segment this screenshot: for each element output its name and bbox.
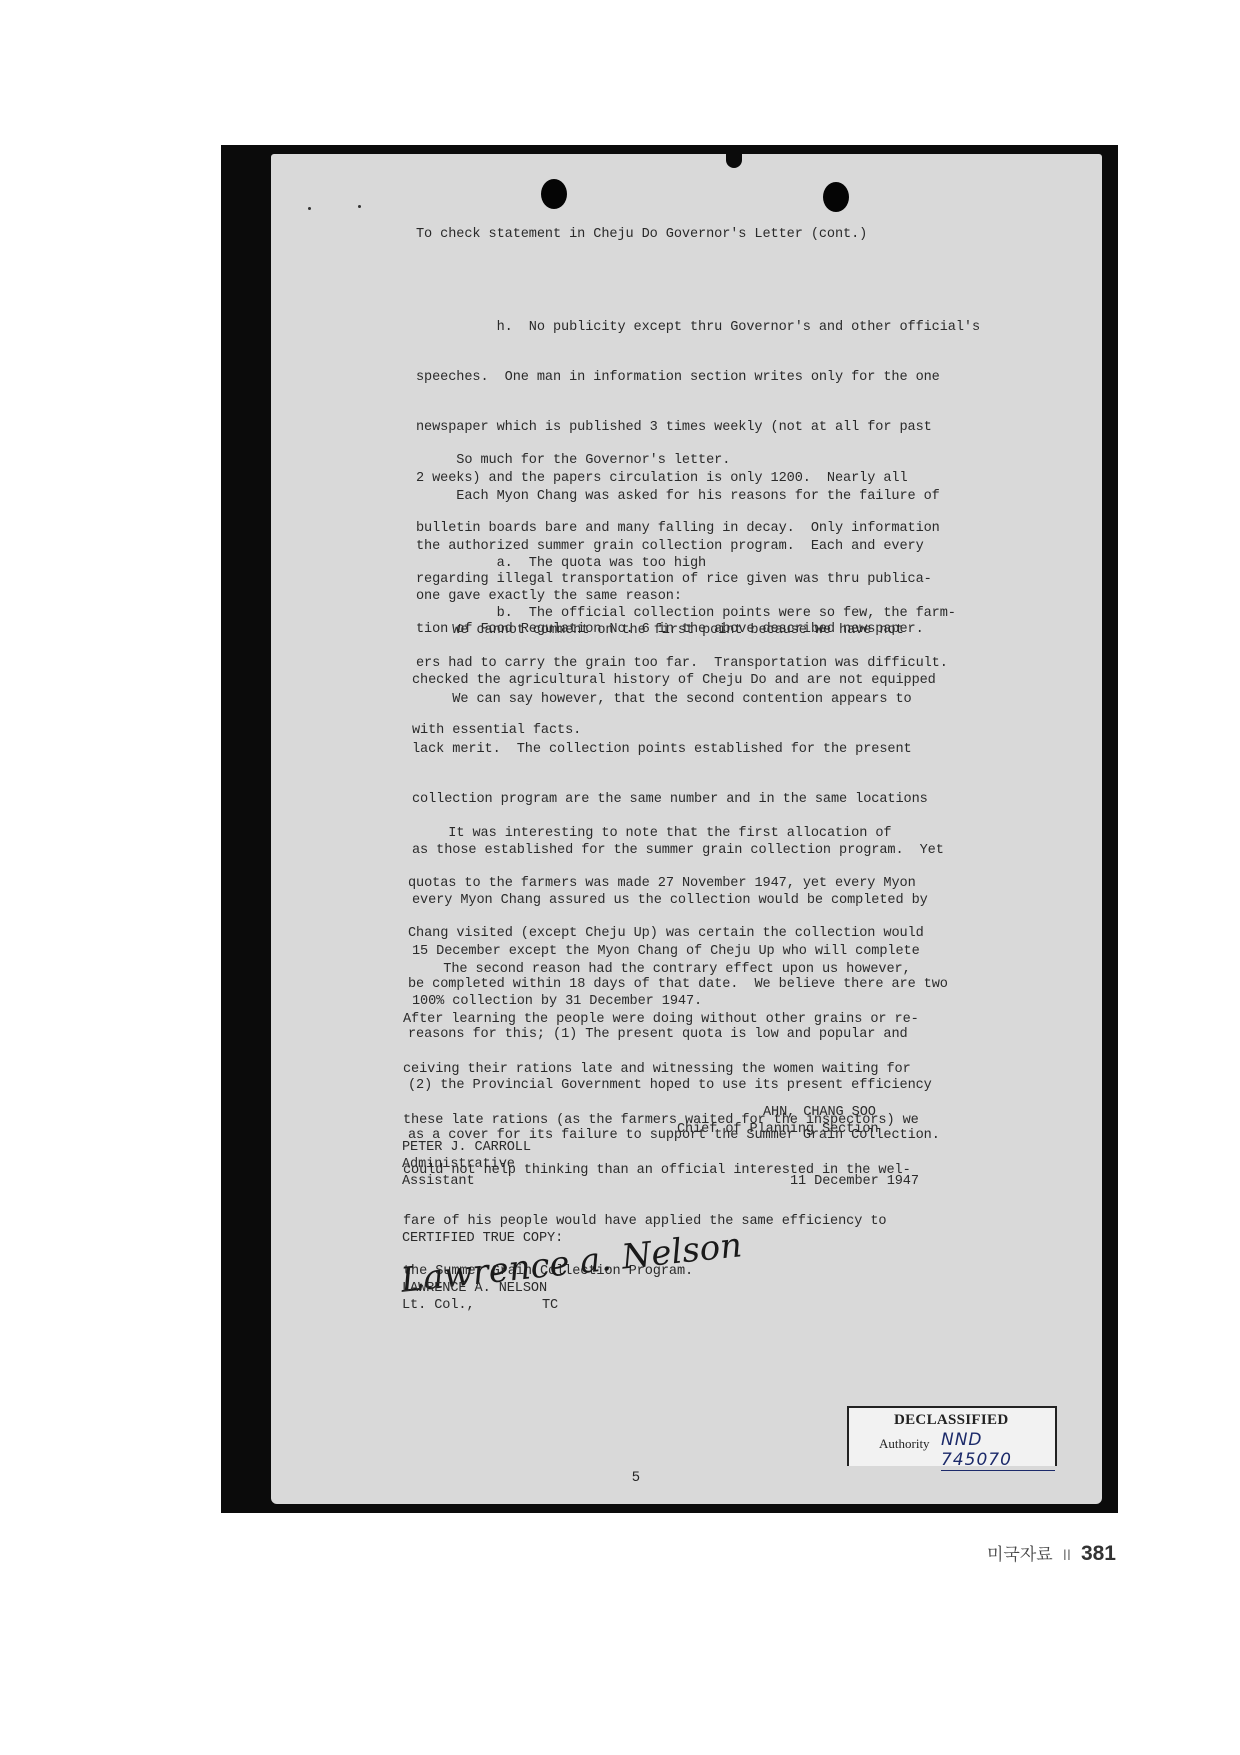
document-date: 11 December 1947 [790,1174,919,1191]
stamp-authority-label: Authority [879,1436,930,1452]
footer-page-number: 381 [1081,1542,1116,1565]
book-footer: 미국자료II381 [987,1540,1116,1566]
declassified-stamp: DECLASSIFIED Authority NND 745070 [847,1406,1057,1466]
signer-right-title: Chief of Planning Section [677,1122,878,1139]
signer-right-name: AHN, CHANG SOO [763,1105,876,1122]
signer-left-title-2: Assistant [402,1174,475,1191]
punch-hole-right [823,182,849,212]
punch-hole-left [541,179,567,209]
stamp-authority-value: NND 745070 [941,1430,1055,1471]
footer-separator: II [1063,1548,1071,1564]
stamp-title: DECLASSIFIED [894,1412,1008,1429]
document-heading: To check statement in Cheju Do Governor'… [416,227,867,244]
document-page-number: 5 [632,1468,640,1484]
certifier-branch: TC [542,1298,558,1315]
footer-label: 미국자료 [987,1545,1053,1565]
speck [358,205,361,208]
signer-left-title-1: Administrative [402,1157,515,1174]
signer-left-name: PETER J. CARROLL [402,1140,531,1157]
speck [308,207,311,210]
certifier-name: LAWRENCE A. NELSON [402,1281,547,1298]
certifier-rank: Lt. Col., [402,1298,475,1315]
